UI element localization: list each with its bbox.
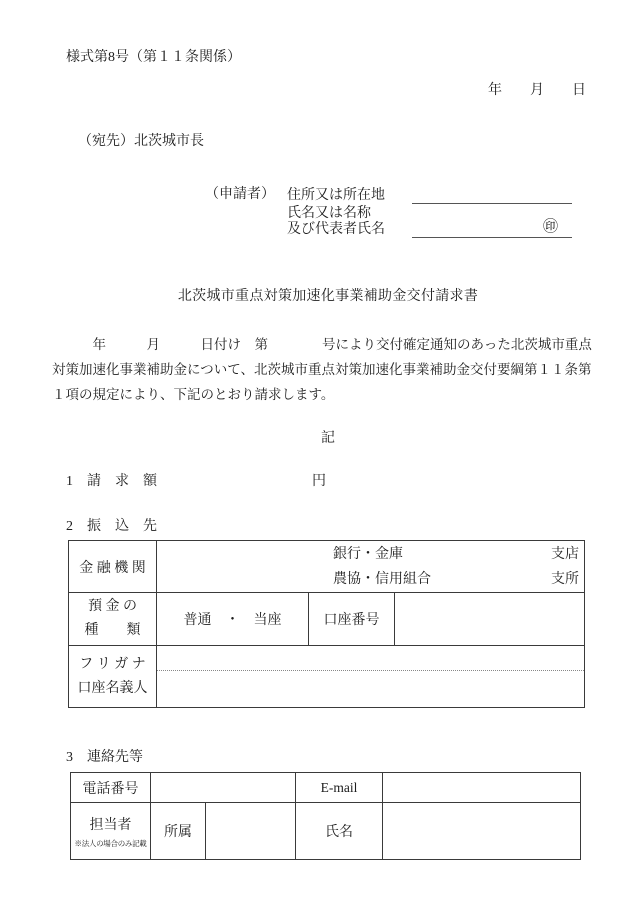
phone-label: 電話番号 [71, 773, 151, 803]
contact-table: 電話番号 E-mail 担当者 ※法人の場合のみ記載 所属 氏名 [70, 772, 581, 860]
bank-line-1: 銀行・金庫 支店 [157, 542, 584, 567]
claim-amount-label: 1 請 求 額 [66, 470, 157, 490]
applicant-block: （申請者） 住所又は所在地 氏名又は名称 及び代表者氏名 ㊞ [205, 183, 590, 238]
account-holder-label: 口座名義人 [75, 677, 150, 701]
body-line-1: 年 月 日付け 第 号により交付確定通知のあった北茨城市重点 [52, 332, 597, 357]
furigana-label: フ リ ガ ナ [75, 653, 150, 677]
section3-heading: 3 連絡先等 [66, 746, 590, 766]
account-number-blank-cell [395, 593, 585, 646]
person-name-label: 氏名 [296, 803, 383, 860]
financial-institution-cell: 銀行・金庫 支店 農協・信用組合 支所 [157, 541, 585, 593]
name-label: 氏名又は名称 及び代表者氏名 [287, 206, 412, 238]
applicant-address-row: 住所又は所在地 [287, 184, 572, 204]
staff-label: 担当者 [90, 818, 132, 833]
bank-transfer-table: 金 融 機 関 銀行・金庫 支店 農協・信用組合 支所 預 金 の 種 類 普通 [68, 540, 585, 708]
applicant-name-row: 氏名又は名称 及び代表者氏名 ㊞ [287, 206, 572, 238]
account-holder-labels: フ リ ガ ナ 口座名義人 [69, 646, 157, 708]
holder-name-blank-zone [157, 671, 584, 707]
email-blank-cell [383, 773, 581, 803]
addressee-label: （宛先）北茨城市長 [66, 130, 590, 150]
name-blank-field: ㊞ [412, 206, 572, 238]
staff-label-cell: 担当者 ※法人の場合のみ記載 [71, 803, 151, 860]
address-blank-field [412, 184, 572, 204]
staff-row: 担当者 ※法人の場合のみ記載 所属 氏名 [71, 803, 581, 860]
section1-claim-amount: 1 請 求 額 円 [66, 470, 590, 490]
person-name-blank-cell [383, 803, 581, 860]
account-number-label: 口座番号 [309, 593, 395, 646]
branch-label-1: 支店 [551, 542, 584, 567]
body-paragraph: 年 月 日付け 第 号により交付確定通知のあった北茨城市重点 対策加速化事業補助… [52, 332, 597, 407]
section2-heading: 2 振 込 先 [66, 515, 590, 535]
financial-institution-label: 金 融 機 関 [69, 541, 157, 593]
yen-unit-label: 円 [312, 470, 326, 490]
date-line: 年 月 日 [66, 79, 590, 99]
body-line-2: 対策加速化事業補助金について、北茨城市重点対策加速化事業補助金交付要綱第１１条第 [52, 357, 597, 382]
bank-line-2: 農協・信用組合 支所 [157, 567, 584, 592]
name-label-line2: 及び代表者氏名 [287, 222, 385, 237]
account-holder-row: フ リ ガ ナ 口座名義人 [69, 646, 585, 708]
staff-note: ※法人の場合のみ記載 [73, 838, 148, 849]
email-label: E-mail [296, 773, 383, 803]
seal-mark-icon: ㊞ [543, 220, 572, 237]
name-label-line1: 氏名又は名称 [287, 206, 371, 221]
applicant-fields: 住所又は所在地 氏名又は名称 及び代表者氏名 ㊞ [287, 184, 572, 238]
furigana-blank-zone [157, 646, 584, 671]
ki-marker: 記 [66, 427, 590, 447]
branch-label-2: 支所 [551, 567, 584, 592]
deposit-type-label: 預 金 の 種 類 [69, 593, 157, 646]
financial-institution-row: 金 融 機 関 銀行・金庫 支店 農協・信用組合 支所 [69, 541, 585, 593]
phone-blank-cell [151, 773, 296, 803]
deposit-label-line1: 預 金 の [75, 595, 150, 619]
applicant-label: （申請者） [205, 183, 275, 238]
deposit-type-row: 預 金 の 種 類 普通 ・ 当座 口座番号 [69, 593, 585, 646]
coop-type-label: 農協・信用組合 [333, 567, 431, 592]
body-line-3: １項の規定により、下記のとおり請求します。 [52, 382, 597, 407]
department-label: 所属 [151, 803, 206, 860]
address-label: 住所又は所在地 [287, 188, 412, 204]
bank-type-label: 銀行・金庫 [333, 542, 403, 567]
deposit-label-line2: 種 類 [75, 619, 150, 643]
document-title: 北茨城市重点対策加速化事業補助金交付請求書 [66, 285, 590, 305]
form-number-label: 様式第8号（第１１条関係） [66, 46, 590, 66]
department-blank-cell [206, 803, 296, 860]
document-page: 様式第8号（第１１条関係） 年 月 日 （宛先）北茨城市長 （申請者） 住所又は… [0, 0, 630, 903]
account-holder-blank-cell [157, 646, 585, 708]
deposit-options-cell: 普通 ・ 当座 [157, 593, 309, 646]
phone-row: 電話番号 E-mail [71, 773, 581, 803]
